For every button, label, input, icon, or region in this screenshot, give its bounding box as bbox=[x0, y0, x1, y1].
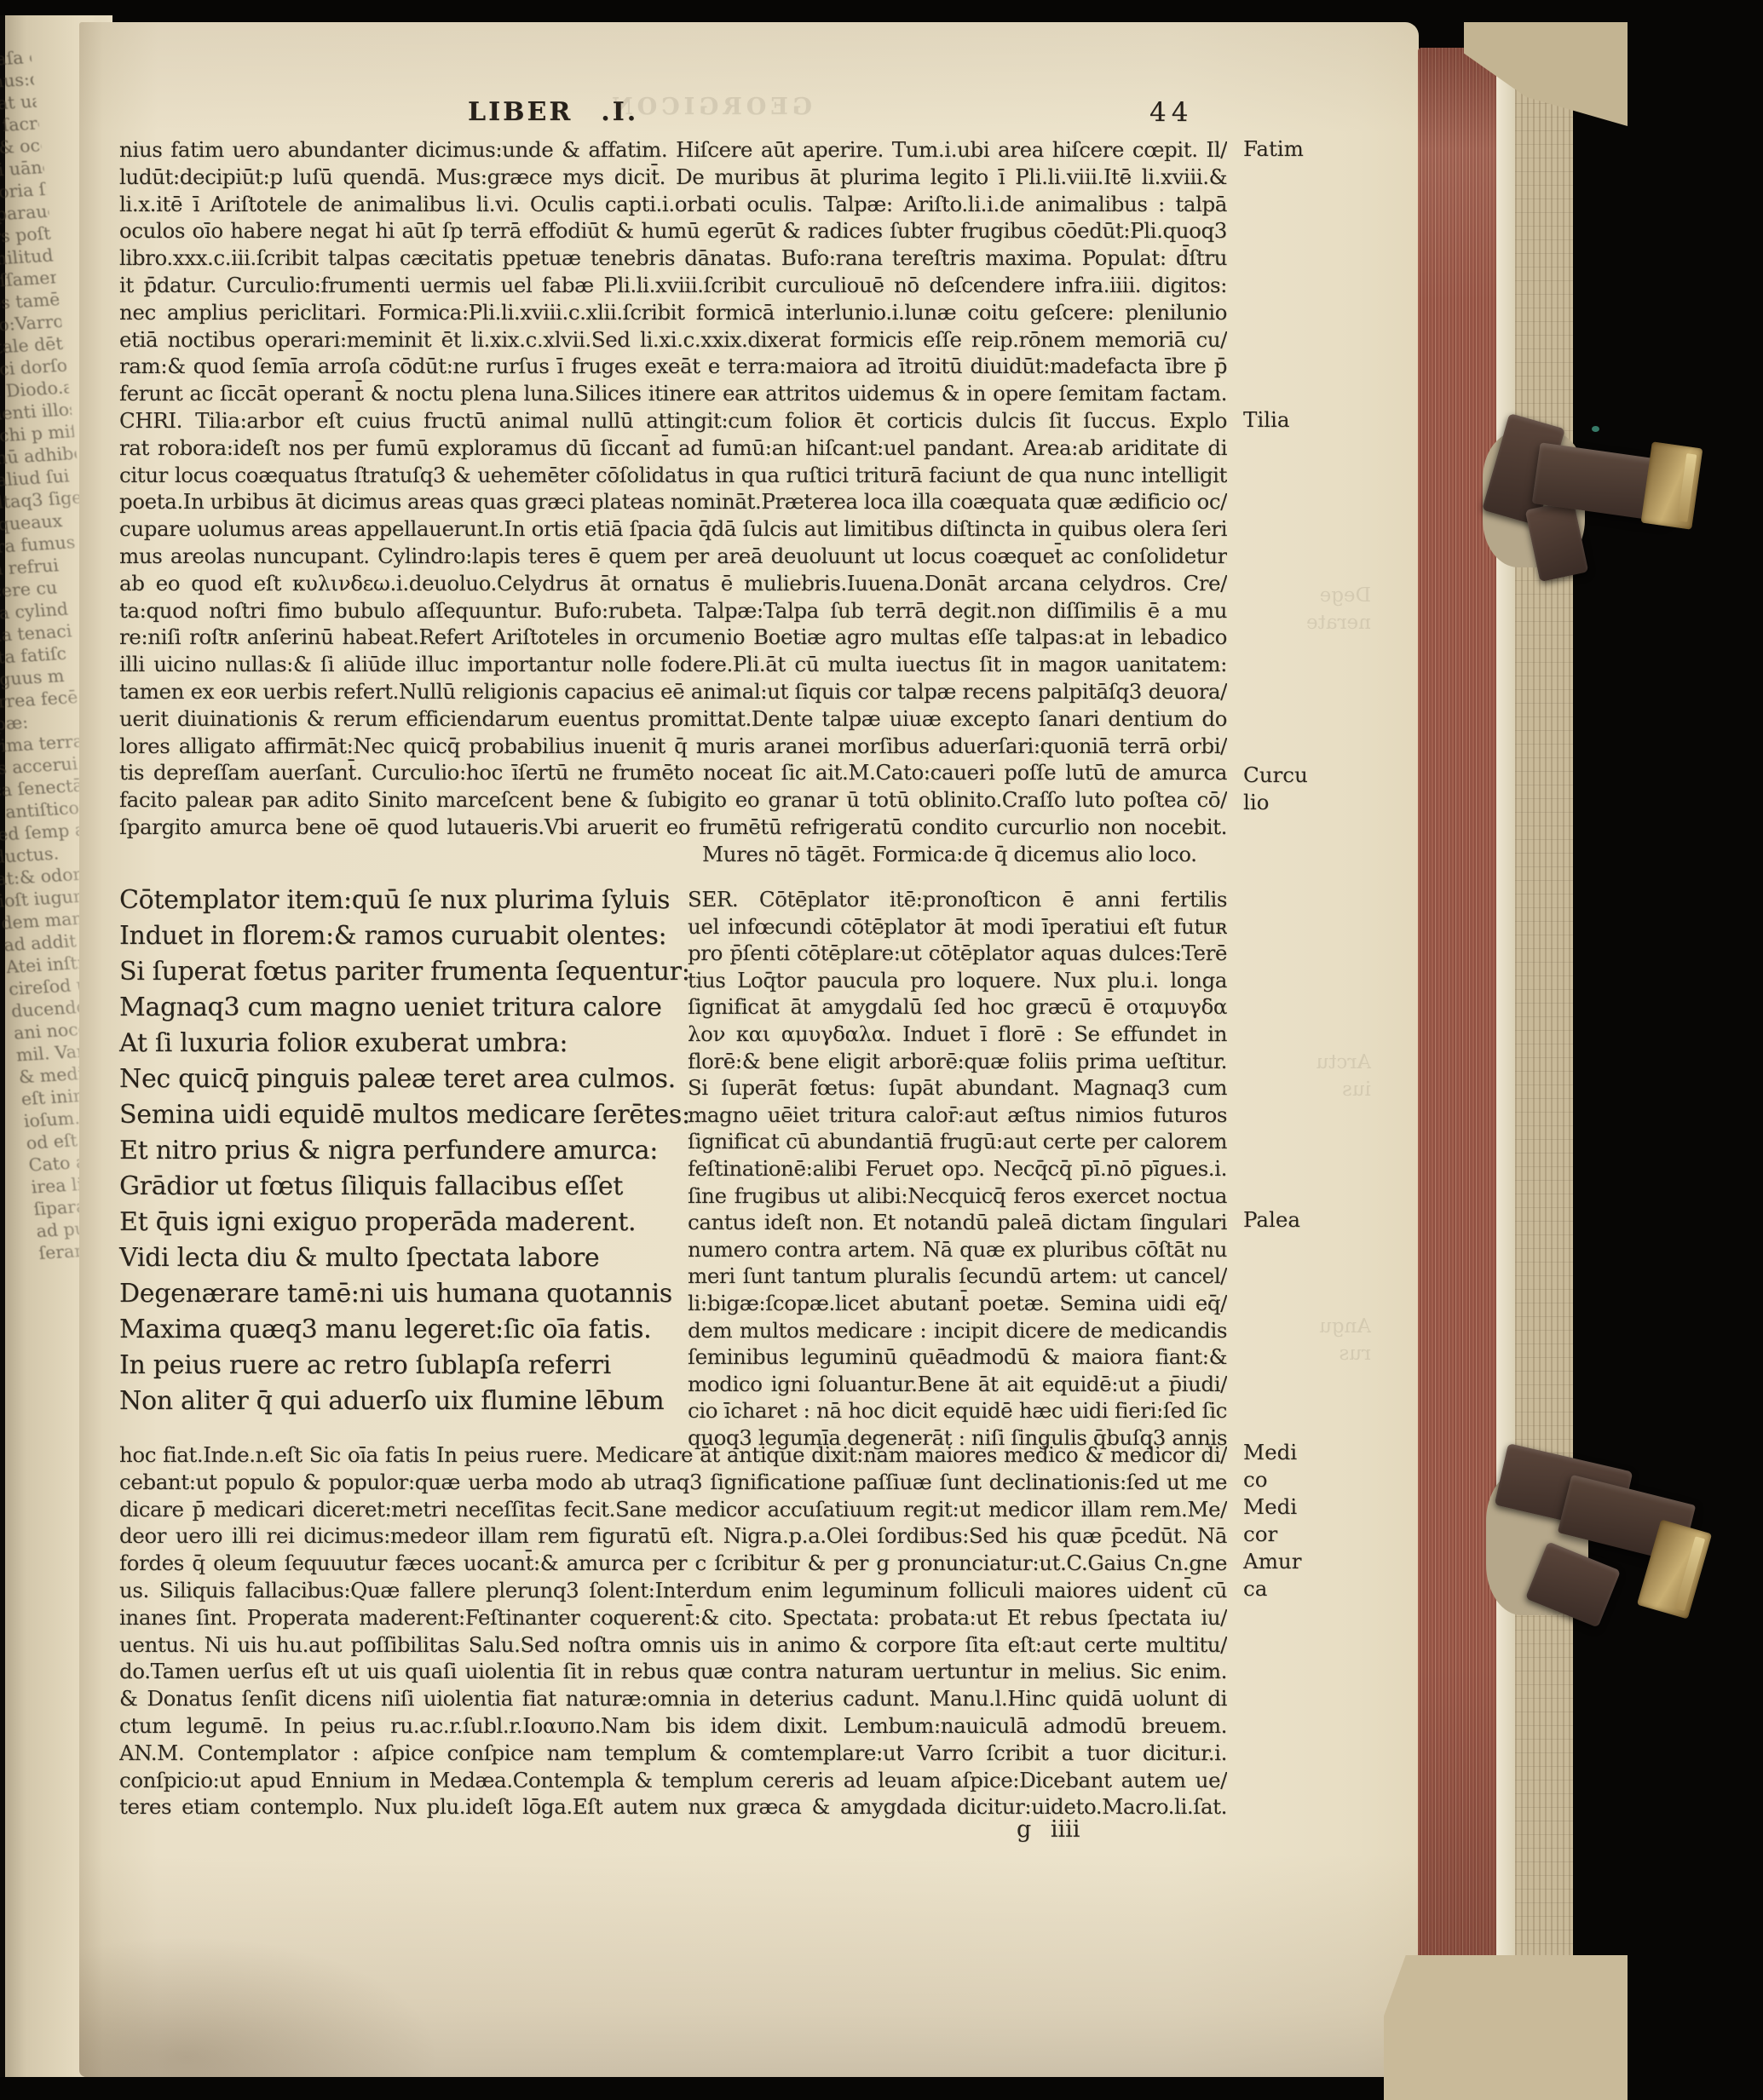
margin-note-medico-2: co bbox=[1243, 1467, 1371, 1492]
text-line: Grādior ut fœtus ſiliquis fallacibus eſſ… bbox=[119, 1169, 716, 1205]
text-line: Et nitro prius & nigra perfundere amurca… bbox=[119, 1133, 716, 1169]
text-line: fordes q̄ oleum ſequuutur fæces uocant̄:… bbox=[119, 1550, 1227, 1577]
text-line: illi uicino nullas:& ſi aliūde illuc imp… bbox=[119, 651, 1227, 678]
margin-note-fatim: Fatim bbox=[1243, 136, 1371, 161]
text-line: uentus. Ni uis hu.aut poſſibilitas Salu.… bbox=[119, 1631, 1227, 1659]
margin-note-medico-1: Medi bbox=[1243, 1440, 1371, 1464]
text-line: deor uero illi rei dicimus:medeor illam … bbox=[119, 1522, 1227, 1550]
text-line: Degenærare tamē:ni uis humana quotannis bbox=[119, 1276, 716, 1312]
showthrough-note: Dege bbox=[1243, 584, 1371, 607]
text-line: magno uēiet tritura calor̄:aut æſtus nim… bbox=[688, 1102, 1227, 1129]
book-number: .I. bbox=[601, 97, 638, 127]
text-line: dem multos medicare : incipit dicere de … bbox=[688, 1317, 1227, 1344]
text-line: ſine frugibus ut alibi:Necquicq̄ feros e… bbox=[688, 1182, 1227, 1210]
book-page: GEORGICON LIBER .I. 44 nius fatim uero a… bbox=[79, 22, 1419, 2077]
margin-note-amurca-1: Amur bbox=[1243, 1549, 1371, 1574]
text-line: ſignificat āt amygdalū ſed hoc græcū ē ο… bbox=[688, 993, 1227, 1021]
margin-note-curculio-2: lio bbox=[1243, 790, 1371, 814]
commentary-right-column: SER. Cōtēplator itē:pronoſticon ē anni f… bbox=[688, 886, 1227, 1451]
text-line: citur locus coæquatus ſtratuſq3 & uehemē… bbox=[119, 462, 1227, 489]
text-line: ctum legumē. In peius ru.ac.r.ſubl.r.Ιοα… bbox=[119, 1712, 1227, 1740]
text-line: facito paleaʀ paʀ adito Sinito marceſcen… bbox=[119, 786, 1227, 814]
text-line: ram:& quod ſemīa arroſa cōdūt:ne rurſus … bbox=[119, 353, 1227, 380]
text-line: Cōtemplator item:quū ſe nux plurima ſylu… bbox=[119, 883, 716, 918]
text-line: ab eo quod eſt κυλινδεω.i.deuoluo.Celydr… bbox=[119, 570, 1227, 597]
text-line: lores alligato affirmāt:Nec quicq̄ proba… bbox=[119, 733, 1227, 760]
text-line: tius Loq̄tor paucula pro loquere. Nux pl… bbox=[688, 967, 1227, 994]
brass-clasp bbox=[1641, 441, 1703, 529]
text-line: dicare p̄ medicari diceret:metri neceſſi… bbox=[119, 1496, 1227, 1523]
text-line: poeta.In urbibus āt dicimus areas quas g… bbox=[119, 488, 1227, 515]
book-photograph: agreſtium aſa corbiorum. Vānus:cribrunat… bbox=[0, 0, 1763, 2100]
text-line: cantus ideſt non. Et notandū paleā dicta… bbox=[688, 1209, 1227, 1236]
parchment-cover-edge bbox=[1515, 26, 1573, 2080]
showthrough-note: ius bbox=[1243, 1079, 1371, 1101]
text-line: pro p̄ſenti cōtēplare:ut cōtēplator aqua… bbox=[688, 940, 1227, 967]
verdigris-spot bbox=[1592, 426, 1599, 432]
text-line: florē:& bene eligit arborē:quæ foliis pr… bbox=[688, 1048, 1227, 1075]
margin-note-amurca-2: ca bbox=[1243, 1576, 1371, 1601]
text-line: At ſi luxuria folioʀ exuberat umbra: bbox=[119, 1026, 716, 1062]
text-line: Magnaq3 cum magno ueniet tritura calore bbox=[119, 990, 716, 1026]
text-line: & Donatus ſenſit dicens niſi uiolentia f… bbox=[119, 1685, 1227, 1712]
showthrough-running-title: GEORGICON bbox=[608, 94, 812, 120]
text-line: In peius ruere ac retro ſublapſa referri bbox=[119, 1348, 716, 1384]
text-line: nius fatim uero abundanter dicimus:unde … bbox=[119, 136, 1227, 164]
text-line: teres etiam contemplo. Nux plu.ideſt lōg… bbox=[119, 1793, 1227, 1821]
text-line: numero contra artem. Nā quæ ex pluribus … bbox=[688, 1236, 1227, 1263]
text-line: re:niſi roſtʀ anſerinū habeat.Refert Ari… bbox=[119, 624, 1227, 651]
text-line: li:bigæ:ſcopæ.licet abutant̄ poetæ. Semi… bbox=[688, 1290, 1227, 1317]
text-line: do.Tamen uerſus eſt ut uis quaſi uiolent… bbox=[119, 1658, 1227, 1685]
showthrough-note: Angu bbox=[1243, 1315, 1371, 1338]
showthrough-note: nerate bbox=[1243, 612, 1371, 634]
book-clasp-top bbox=[1483, 419, 1713, 590]
text-line: Si ſuperāt fœtus: ſupāt abundant. Magnaq… bbox=[688, 1074, 1227, 1102]
text-line: Non aliter q̄ qui aduerſo uix flumine lē… bbox=[119, 1384, 716, 1419]
text-line: Nec quicq̄ pinguis paleæ teret area culm… bbox=[119, 1062, 716, 1097]
text-line: ſpargito amurca bene oē quod lutaueris.V… bbox=[119, 814, 1227, 841]
fore-edge-highlight bbox=[1496, 49, 1515, 1997]
text-line: uerit diuinationis & rerum efficiendarum… bbox=[119, 705, 1227, 733]
text-line: ſeminibus leguminū quēadmodū & maiora fi… bbox=[688, 1343, 1227, 1371]
text-line: λον και αμυγδαλα. Induet ī florē : Se ef… bbox=[688, 1021, 1227, 1048]
book-clasp-bottom bbox=[1481, 1453, 1720, 1641]
text-line: etiā noctibus operari:meminit ēt li.xix.… bbox=[119, 326, 1227, 354]
text-line: SER. Cōtēplator itē:pronoſticon ē anni f… bbox=[688, 886, 1227, 913]
text-line: Maxima quæq3 manu legeret:ſic oīa fatis. bbox=[119, 1312, 716, 1348]
page-number: 44 bbox=[1149, 97, 1193, 128]
text-line: oculos oīo habere negat hi aūt ſp terrā … bbox=[119, 217, 1227, 245]
mures-line: Mures nō tāgēt. Formica:de q̄ dicemus al… bbox=[702, 842, 1230, 866]
margin-note-tilia: Tilia bbox=[1243, 407, 1371, 432]
text-line: Semina uidi equidē multos medicare ſerēt… bbox=[119, 1097, 716, 1133]
text-line: feſtinationē:alibi Feruet opɔ. Necq̄cq̄ … bbox=[688, 1155, 1227, 1182]
text-line: tis depreſſam auerſant̄. Curculio:hoc īſ… bbox=[119, 759, 1227, 786]
text-line: meri ſunt tantum pluralis ſecundū artem:… bbox=[688, 1263, 1227, 1290]
text-line: modico igni ſoluantur.Bene āt ait equidē… bbox=[688, 1371, 1227, 1398]
text-line: cupare uolumus areas appellauerunt.In or… bbox=[119, 515, 1227, 543]
running-title: LIBER .I. bbox=[468, 97, 638, 127]
showthrough-note: Arctu bbox=[1243, 1051, 1371, 1073]
margin-note-curculio-1: Curcu bbox=[1243, 762, 1371, 787]
text-line: li.x.itē ī Ariſtotele de animalibus li.v… bbox=[119, 191, 1227, 218]
text-line: ta:quod noſtri fimo bubulo aſſequuntur. … bbox=[119, 597, 1227, 624]
text-line: cio īcharet : nā hoc dicit equidē hæc ui… bbox=[688, 1397, 1227, 1424]
text-line: Si ſuperat fœtus pariter frumenta ſequen… bbox=[119, 954, 716, 990]
text-line: mus areolas nuncupant. Cylindro:lapis te… bbox=[119, 543, 1227, 570]
margin-note-palea: Palea bbox=[1243, 1207, 1371, 1232]
poem-column: Cōtemplator item:quū ſe nux plurima ſylu… bbox=[119, 883, 716, 1419]
text-line: Induet in florem:& ramos curuabit olente… bbox=[119, 918, 716, 954]
text-line: hoc fiat.Inde.n.eſt Sic oīa fatis In pei… bbox=[119, 1441, 1227, 1469]
commentary-bottom-block: hoc fiat.Inde.n.eſt Sic oīa fatis In pei… bbox=[119, 1441, 1227, 1821]
text-line: inanes ſint. Properata maderent:Feſtinan… bbox=[119, 1604, 1227, 1631]
commentary-top-block: nius fatim uero abundanter dicimus:unde … bbox=[119, 136, 1227, 841]
text-line: rat robora:ideſt nos per fumū exploramus… bbox=[119, 434, 1227, 462]
text-line: cebant:ut populo & populor:quæ uerba mod… bbox=[119, 1469, 1227, 1496]
text-line: it p̄datur. Curculio:frumenti uermis uel… bbox=[119, 272, 1227, 299]
running-title-text: LIBER bbox=[468, 97, 573, 127]
text-line: CHRI. Tilia:arbor eſt cuius fructū anima… bbox=[119, 407, 1227, 434]
parchment-cover-bottom bbox=[1384, 1955, 1628, 2100]
text-line: uel infœcundi cōtēplator āt modi īperati… bbox=[688, 913, 1227, 941]
text-line: us. Siliquis fallacibus:Quæ fallere pler… bbox=[119, 1577, 1227, 1604]
showthrough-note: rus bbox=[1243, 1343, 1371, 1365]
text-line: conſpicio:ut apud Ennium in Medæa.Contem… bbox=[119, 1767, 1227, 1794]
text-line: quoq3 legumīa degenerāt : niſi ſingulis … bbox=[688, 1424, 1227, 1452]
text-line: ludūt:decipiūt:p luſū quendā. Mus:græce … bbox=[119, 164, 1227, 191]
text-line: nec amplius periclitari. Formica:Pli.li.… bbox=[119, 299, 1227, 326]
text-line: AN.M. Contemplator : aſpice conſpice nam… bbox=[119, 1740, 1227, 1767]
text-line: ferunt ac ſiccāt operant̄ & noctu plena … bbox=[119, 380, 1227, 407]
text-line: tamen ex eoʀ uerbis refert.Nullū religio… bbox=[119, 678, 1227, 705]
margin-note-medicor-1: Medi bbox=[1243, 1494, 1371, 1519]
text-line: Vidi lecta diu & multo ſpectata labore bbox=[119, 1240, 716, 1276]
text-line: ſignificat cū abundantiā frugū:aut certe… bbox=[688, 1128, 1227, 1155]
quire-signature: g iiii bbox=[1017, 1816, 1080, 1843]
fore-edge-red-pages bbox=[1418, 48, 1498, 2000]
text-line: Et q̄uis igni exiguo properāda maderent. bbox=[119, 1205, 716, 1240]
text-line: libro.xxx.c.iii.ſcribit talpas cæcitatis… bbox=[119, 245, 1227, 272]
margin-note-medicor-2: cor bbox=[1243, 1522, 1371, 1546]
